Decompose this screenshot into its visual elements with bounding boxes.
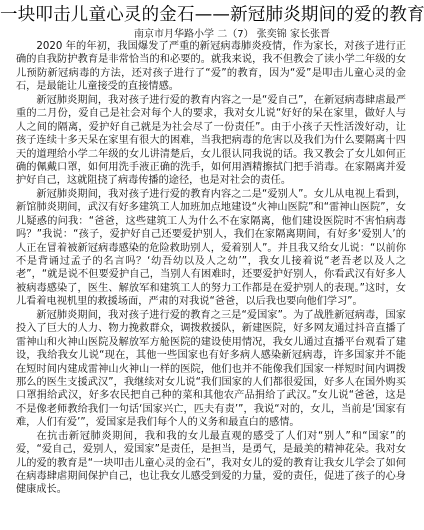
paragraph-love-self: 新冠肺炎期间，我对孩子进行爱的教育内容之一是“爱自己”，在新冠病毒肆虐最严重的二… xyxy=(16,94,406,188)
paragraph-intro: 2020 年的年初，我国爆发了严重的新冠病毒肺炎疫情，作为家长，对孩子进行正确的… xyxy=(16,40,406,94)
document-page: 一块叩击儿童心灵的金石——新冠肺炎期间的爱的教育 南京市月华路小学 二（7） 张… xyxy=(0,0,424,530)
document-body: 2020 年的年初，我国爆发了严重的新冠病毒肺炎疫情，作为家长，对孩子进行正确的… xyxy=(16,40,406,497)
paragraph-conclusion: 在抗击新冠肺炎期间，我和我的女儿最直观的感受了人们对“别人”和“国家”的爱，“爱… xyxy=(16,430,406,497)
paragraph-love-country: 新冠肺炎期间，我对孩子进行爱的教育之三是“爱国家”。为了战胜新冠病毒，国家投入了… xyxy=(16,309,406,430)
document-title: 一块叩击儿童心灵的金石——新冠肺炎期间的爱的教育 xyxy=(0,4,424,26)
paragraph-love-others: 新冠肺炎期间，我对孩子进行爱的教育内容之二是“爱别人”。女儿从电视上看到，新馆肺… xyxy=(16,188,406,309)
